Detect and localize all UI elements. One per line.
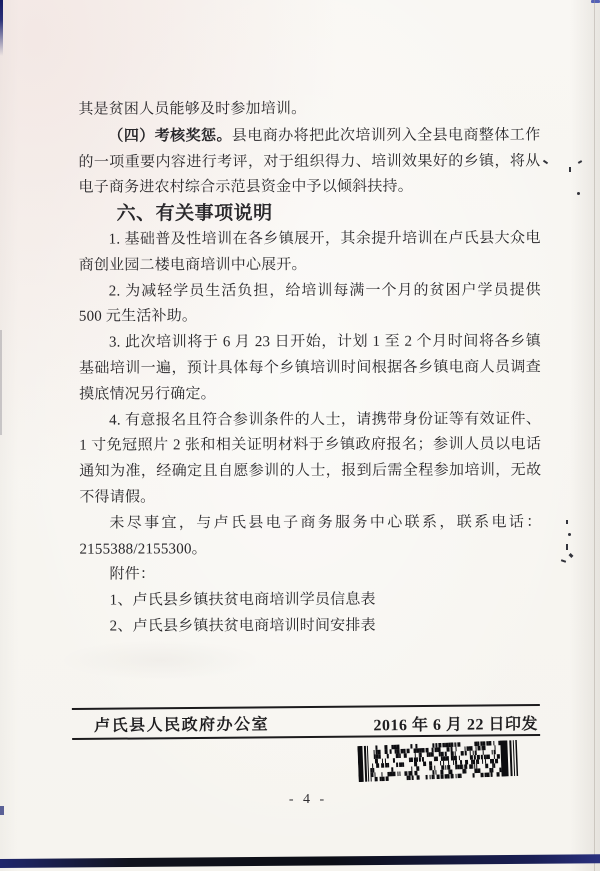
paragraph: 附件： xyxy=(80,562,542,589)
ink-mark xyxy=(568,533,571,536)
ink-mark xyxy=(569,553,574,558)
scan-edge-artifact xyxy=(0,0,3,56)
text-segment: 3. 此次培训将于 6 月 23 日开始，计划 1 至 2 个月时间将各乡镇基础… xyxy=(79,334,541,403)
ink-mark xyxy=(569,167,571,172)
text-segment: 附件： xyxy=(110,567,156,583)
text-segment: 未尽事宜，与卢氏县电子商务服务中心联系，联系电话：2155388/2155300… xyxy=(79,514,541,557)
ink-mark xyxy=(561,559,566,563)
text-segment: 2. 为减轻学员生活负担，给培训每满一个月的贫困户学员提供 500 元生活补助。 xyxy=(79,282,541,325)
ink-mark xyxy=(566,544,568,550)
pdf417-barcode-icon xyxy=(357,740,519,782)
issuing-office: 卢氏县人民政府办公室 xyxy=(94,711,269,736)
scan-edge-artifact xyxy=(0,330,2,435)
paragraph: 4. 有意报名且符合参训条件的人士，请携带身份证等有效证件、1 寸免冠照片 2 … xyxy=(79,407,541,511)
paragraph: 其是贫困人员能够及时参加培训。 xyxy=(78,96,540,123)
paragraph: 2、卢氏县乡镇扶贫电商培训时间安排表 xyxy=(80,613,542,640)
paragraph: 1、卢氏县乡镇扶贫电商培训学员信息表 xyxy=(80,588,542,615)
paragraph: 2. 为减轻学员生活负担，给培训每满一个月的贫困户学员提供 500 元生活补助。 xyxy=(79,278,541,331)
bold-text-segment: （四）考核奖惩。 xyxy=(108,127,232,144)
bold-text-segment: 六、有关事项说明 xyxy=(117,203,273,224)
paper-crease xyxy=(594,0,595,871)
text-segment: 1、卢氏县乡镇扶贫电商培训学员信息表 xyxy=(110,592,376,609)
text-segment: 1. 基础普及性培训在各乡镇展开，其余提升培训在卢氏县大众电商创业园二楼电商培训… xyxy=(79,230,541,273)
paragraph: （四）考核奖惩。县电商办将把此次培训列入全县电商整体工作的一项重要内容进行考评，… xyxy=(78,122,540,202)
text-segment: 其是贫困人员能够及时参加培训。 xyxy=(78,101,306,118)
scan-edge-artifact xyxy=(591,0,600,3)
paper-smudge xyxy=(60,640,260,680)
ink-mark xyxy=(566,520,568,524)
page-number: - 4 - xyxy=(273,792,343,808)
scan-edge-artifact xyxy=(0,806,4,815)
footer: 卢氏县人民政府办公室 2016 年 6 月 22 日印发 xyxy=(72,704,540,740)
paragraph: 未尽事宜，与卢氏县电子商务服务中心联系，联系电话：2155388/2155300… xyxy=(79,510,541,563)
section-heading: 六、有关事项说明 xyxy=(79,201,541,228)
ink-mark xyxy=(543,160,548,165)
ink-mark xyxy=(578,160,582,164)
paragraph: 1. 基础普及性培训在各乡镇展开，其余提升培训在卢氏县大众电商创业园二楼电商培训… xyxy=(79,226,541,279)
ink-mark xyxy=(577,192,580,195)
scanned-document-page: 其是贫困人员能够及时参加培训。（四）考核奖惩。县电商办将把此次培训列入全县电商整… xyxy=(0,0,600,871)
document-body: 其是贫困人员能够及时参加培训。（四）考核奖惩。县电商办将把此次培训列入全县电商整… xyxy=(78,96,541,640)
scanner-bottom-edge xyxy=(0,854,600,868)
footer-row: 卢氏县人民政府办公室 2016 年 6 月 22 日印发 xyxy=(72,706,540,738)
text-segment: 4. 有意报名且符合参训条件的人士，请携带身份证等有效证件、1 寸免冠照片 2 … xyxy=(79,411,541,506)
print-date: 2016 年 6 月 22 日印发 xyxy=(373,710,538,734)
text-segment: 2、卢氏县乡镇扶贫电商培训时间安排表 xyxy=(110,618,376,635)
paragraph: 3. 此次培训将于 6 月 23 日开始，计划 1 至 2 个月时间将各乡镇基础… xyxy=(79,330,541,409)
